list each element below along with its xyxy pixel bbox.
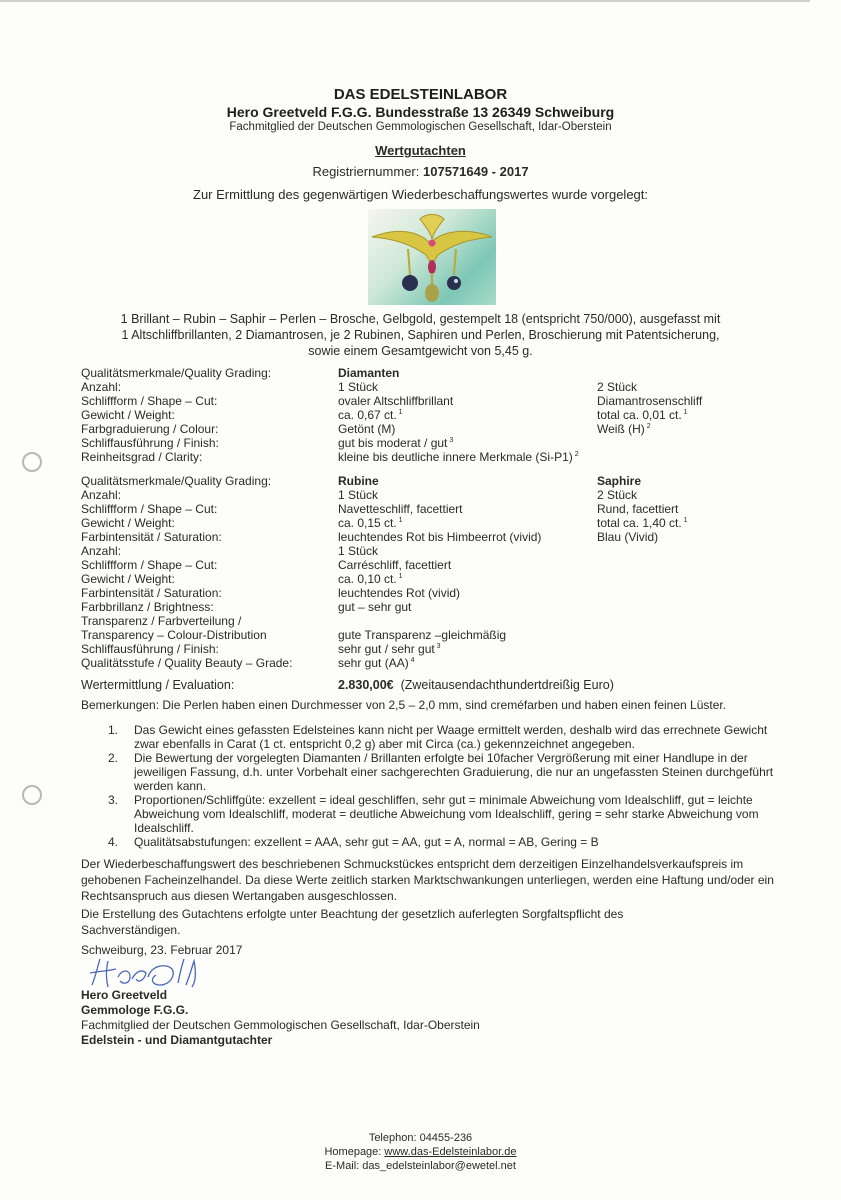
row-value: sehr gut / sehr gut 3 <box>338 642 441 656</box>
row-label: Anzahl: <box>81 488 121 502</box>
row-label: Schliffform / Shape – Cut: <box>81 394 217 408</box>
description-line: 1 Altschliffbrillanten, 2 Diamantrosen, … <box>0 327 841 343</box>
row-value-secondary: total ca. 0,01 ct. 1 <box>597 408 688 422</box>
remarks: Bemerkungen: Die Perlen haben einen Durc… <box>81 698 726 712</box>
item-description: 1 Brillant – Rubin – Saphir – Perlen – B… <box>0 311 841 359</box>
row-value: gut bis moderat / gut 3 <box>338 436 453 450</box>
homepage-link[interactable]: www.das-Edelsteinlabor.de <box>384 1146 516 1158</box>
diligence-statement: Die Erstellung des Gutachtens erfolgte u… <box>81 906 681 938</box>
footer-email[interactable]: E-Mail: das_edelsteinlabor@ewetel.net <box>0 1159 841 1173</box>
brooch-photo <box>368 209 496 305</box>
row-value: 1 Stück <box>338 544 378 558</box>
row-value-secondary: Diamantrosenschliff <box>597 394 702 408</box>
row-value: leuchtendes Rot (vivid) <box>338 586 460 600</box>
row-value: Getönt (M) <box>338 422 395 436</box>
footnote-text: Das Gewicht eines gefassten Edelsteines … <box>134 723 767 751</box>
description-line: 1 Brillant – Rubin – Saphir – Perlen – B… <box>0 311 841 327</box>
column-header-diamonds: Diamanten <box>338 366 399 380</box>
row-value: leuchtendes Rot bis Himbeerrot (vivid) <box>338 530 541 544</box>
row-value: ca. 0,67 ct. 1 <box>338 408 403 422</box>
row-label: Schliffform / Shape – Cut: <box>81 558 217 572</box>
lab-address: Hero Greetveld F.G.G. Bundesstraße 13 26… <box>0 104 841 120</box>
footnote: 1.Das Gewicht eines gefassten Edelsteine… <box>108 723 788 751</box>
signature-icon <box>86 955 216 991</box>
signatory-membership: Fachmitglied der Deutschen Gemmologische… <box>81 1018 480 1033</box>
punch-hole-icon <box>22 785 42 805</box>
row-value: sehr gut (AA) 4 <box>338 656 415 670</box>
evaluation-amount: 2.830,00€ <box>338 678 394 692</box>
footnote: 4.Qualitätsabstufungen: exzellent = AAA,… <box>108 835 788 849</box>
signatory-block: Hero Greetveld Gemmologe F.G.G. Fachmitg… <box>81 988 480 1048</box>
row-value: Navetteschliff, facettiert <box>338 502 463 516</box>
footnote-number: 1. <box>108 723 118 737</box>
row-value-secondary: Weiß (H) 2 <box>597 422 651 436</box>
row-label: Schliffausführung / Finish: <box>81 436 219 450</box>
row-value: ca. 0,15 ct. 1 <box>338 516 403 530</box>
row-value: 1 Stück <box>338 488 378 502</box>
evaluation-row: Wertermittlung / Evaluation: 2.830,00€ (… <box>81 678 234 692</box>
row-label: Reinheitsgrad / Clarity: <box>81 450 202 464</box>
row-value: ca. 0,10 ct. 1 <box>338 572 403 586</box>
footnotes-list: 1.Das Gewicht eines gefassten Edelsteine… <box>108 723 788 849</box>
row-label: Gewicht / Weight: <box>81 572 175 586</box>
lab-membership: Fachmitglied der Deutschen Gemmologische… <box>0 121 841 133</box>
footnote-number: 3. <box>108 793 118 807</box>
footer-homepage: Homepage: www.das-Edelsteinlabor.de <box>0 1145 841 1159</box>
registration-number: 107571649 - 2017 <box>423 164 529 179</box>
footnote: 2.Die Bewertung der vorgelegten Diamante… <box>108 751 788 793</box>
lab-name: DAS EDELSTEINLABOR <box>0 86 841 103</box>
row-value: kleine bis deutliche innere Merkmale (Si… <box>338 450 579 464</box>
row-label: Farbbrillanz / Brightness: <box>81 600 214 614</box>
footer-phone: Telephon: 04455-236 <box>0 1131 841 1145</box>
row-label: Farbintensität / Saturation: <box>81 530 222 544</box>
column-header-sapphires: Saphire <box>597 474 641 488</box>
row-label: Schliffausführung / Finish: <box>81 642 219 656</box>
evaluation-label: Wertermittlung / Evaluation: <box>81 678 234 692</box>
row-label: Qualitätsstufe / Quality Beauty – Grade: <box>81 656 292 670</box>
signatory-role: Edelstein - und Diamantgutachter <box>81 1033 480 1048</box>
row-value-secondary: Blau (Vivid) <box>597 530 658 544</box>
row-value-secondary: total ca. 1,40 ct. 1 <box>597 516 688 530</box>
evaluation-value: 2.830,00€ (Zweitausendachthundertdreißig… <box>338 678 614 692</box>
row-value: ovaler Altschliffbrillant <box>338 394 453 408</box>
row-label: Transparenz / Farbverteilung / <box>81 614 241 628</box>
signatory-title: Gemmologe F.G.G. <box>81 1003 480 1018</box>
grading-label: Qualitätsmerkmale/Quality Grading: <box>81 366 271 380</box>
row-value: Carréschliff, facettiert <box>338 558 451 572</box>
row-label: Gewicht / Weight: <box>81 408 175 422</box>
footnote-number: 4. <box>108 835 118 849</box>
homepage-label: Homepage: <box>324 1146 381 1158</box>
intro-text: Zur Ermittlung des gegenwärtigen Wiederb… <box>0 187 841 202</box>
row-value: gute Transparenz –gleichmäßig <box>338 628 506 642</box>
evaluation-amount-words: (Zweitausendachthundertdreißig Euro) <box>401 678 614 692</box>
footnote: 3.Proportionen/Schliffgüte: exzellent = … <box>108 793 788 835</box>
row-value: gut – sehr gut <box>338 600 411 614</box>
row-label: Farbgraduierung / Colour: <box>81 422 218 436</box>
row-value-secondary: 2 Stück <box>597 488 637 502</box>
footnote-text: Proportionen/Schliffgüte: exzellent = id… <box>134 793 759 835</box>
footnote-text: Die Bewertung der vorgelegten Diamanten … <box>134 751 773 793</box>
signatory-name: Hero Greetveld <box>81 988 480 1003</box>
row-value-secondary: Rund, facettiert <box>597 502 678 516</box>
row-label: Anzahl: <box>81 380 121 394</box>
registration: Registriernummer: 107571649 - 2017 <box>0 164 841 179</box>
row-label: Transparency – Colour-Distribution <box>81 628 267 642</box>
row-label: Gewicht / Weight: <box>81 516 175 530</box>
scan-edge <box>0 0 810 2</box>
registration-label: Registriernummer: <box>312 164 419 179</box>
document-title: Wertgutachten <box>0 143 841 158</box>
row-label: Farbintensität / Saturation: <box>81 586 222 600</box>
description-line: sowie einem Gesamtgewicht von 5,45 g. <box>0 343 841 359</box>
column-header-rubies: Rubine <box>338 474 379 488</box>
punch-hole-icon <box>22 452 42 472</box>
row-value: 1 Stück <box>338 380 378 394</box>
footnote-number: 2. <box>108 751 118 765</box>
footer: Telephon: 04455-236 Homepage: www.das-Ed… <box>0 1131 841 1173</box>
disclaimer: Der Wiederbeschaffungswert des beschrieb… <box>81 856 781 904</box>
row-label: Schliffform / Shape – Cut: <box>81 502 217 516</box>
grading-label: Qualitätsmerkmale/Quality Grading: <box>81 474 271 488</box>
row-label: Anzahl: <box>81 544 121 558</box>
footnote-text: Qualitätsabstufungen: exzellent = AAA, s… <box>134 835 599 849</box>
row-value-secondary: 2 Stück <box>597 380 637 394</box>
